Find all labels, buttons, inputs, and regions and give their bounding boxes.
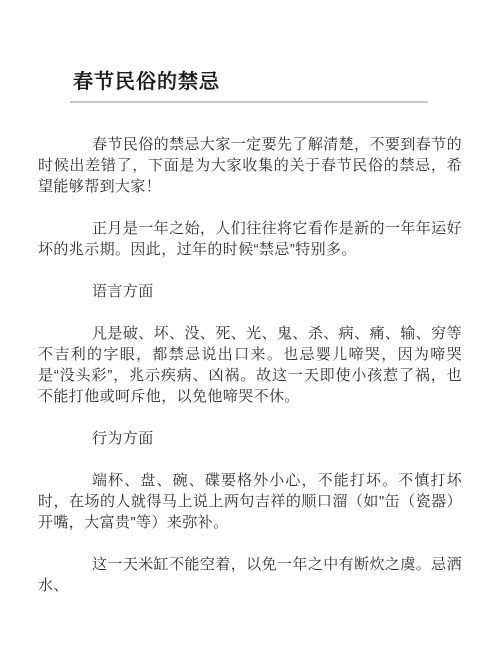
document-title: 春节民俗的禁忌 (70, 70, 428, 94)
paragraph: 凡是破、坏、没、死、光、鬼、杀、病、痛、输、穷等不吉利的字眼，都禁忌说出口来。也… (38, 323, 462, 407)
paragraph: 端杯、盘、碗、碟要格外小心，不能打坏。不慎打坏时，在场的人就得马上说上两句吉祥的… (38, 470, 462, 533)
document-body: 春节民俗的禁忌大家一定要先了解清楚，不要到春节的时候出差错了，下面是为大家收集的… (38, 103, 462, 596)
document-page: 春节民俗的禁忌 春节民俗的禁忌大家一定要先了解清楚，不要到春节的时候出差错了，下… (0, 0, 500, 648)
title-block: 春节民俗的禁忌 (70, 70, 428, 103)
paragraph: 正月是一年之始，人们往往将它看作是新的一年年运好坏的兆示期。因此，过年的时候“禁… (38, 218, 462, 260)
paragraph: 这一天米缸不能空着，以免一年之中有断炊之虞。忌洒水、 (38, 554, 462, 596)
section-heading: 行为方面 (38, 428, 462, 449)
section-heading: 语言方面 (38, 281, 462, 302)
paragraph: 春节民俗的禁忌大家一定要先了解清楚，不要到春节的时候出差错了，下面是为大家收集的… (38, 134, 462, 197)
